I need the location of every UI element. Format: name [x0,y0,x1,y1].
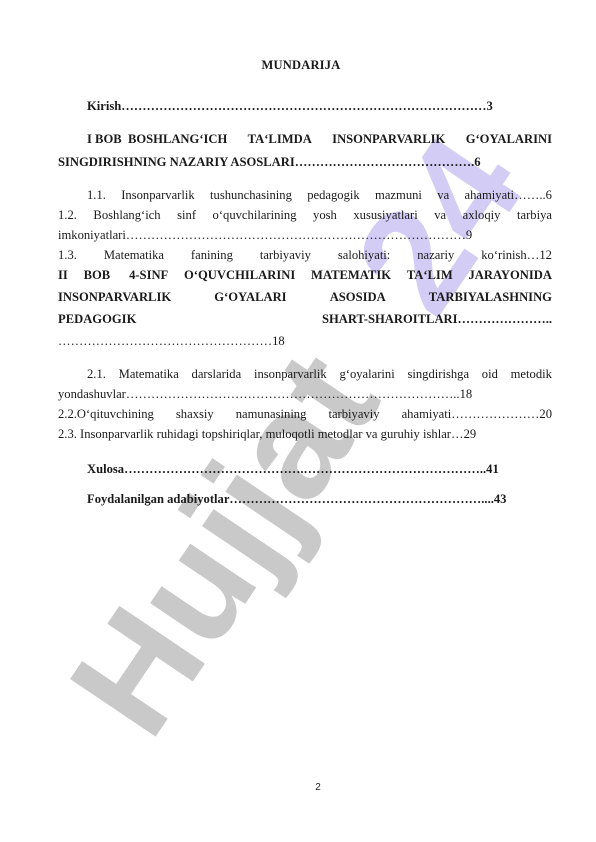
toc-word: tarbiyaviy [260,246,311,264]
toc-word: Matematika [119,365,179,383]
toc-entry-chapter-2-line-1[interactable]: IIBOB 4-SINFO‘QUVCHILARINIMATEMATIKTA‘LI… [58,266,552,284]
toc-entry-chapter-2-line-4[interactable]: ……………………………………………18 [58,332,552,350]
toc-word: darslarida [192,365,242,383]
toc-word: Matematika [104,246,164,264]
toc-word: BOB [84,266,111,284]
toc-word: G‘OYALARINI [466,130,552,148]
page-number: 2 [0,782,596,793]
chapter-2-line-3-left: PEDAGOGIK [58,310,136,328]
toc-word: tushunchasining [210,186,292,204]
toc-word: metodik [511,365,552,383]
toc-word: INSONPARVARLIK [58,288,171,306]
toc-word: O‘QUVCHILARINI [184,266,295,284]
toc-entry-chapter-1-line-2[interactable]: SINGDIRISHNING NAZARIY ASOSLARI………………………… [58,153,552,171]
toc-entry-2-2[interactable]: 2.2.O‘qituvchiningshaxsiynamunasiningtar… [58,405,552,423]
toc-word: mazmuni [375,186,422,204]
toc-word: ahamiyati…………………20 [402,405,552,423]
toc-word: TARBIYALASHNING [429,288,552,306]
toc-word: va [434,206,446,224]
toc-word: I BOB BOSHLANG‘ICH [87,130,227,148]
toc-word: INSONPARVARLIK [332,130,445,148]
chapter-2-line-3-right: SHART-SHAROITLARI………………….. [322,310,552,328]
toc-word: 1.2. [58,206,77,224]
toc-entry-1-2-line-2[interactable]: imkoniyatlari………………………………………………………………………… [58,226,552,244]
toc-entry-kirish[interactable]: Kirish……………………………………………………………………………3 [87,97,552,115]
toc-word: sinf [177,206,196,224]
toc-word: salohiyati: [338,246,390,264]
toc-entry-chapter-1-line-1[interactable]: I BOB BOSHLANG‘ICHTA‘LIMDAINSONPARVARLIK… [87,130,552,148]
toc-word: ahamiyati……..6 [465,186,552,204]
toc-word: Insonparvarlik [121,186,194,204]
toc-word: G‘OYALARI [214,288,286,306]
document-page: Hujjat 24 MUNDARIJA Kirish……………………………………… [0,0,596,842]
toc-entry-1-2-line-1[interactable]: 1.2.Boshlang‘ichsinfo‘quvchilariningyosh… [58,206,552,224]
toc-word: fanining [191,246,233,264]
toc-word: yosh [313,206,337,224]
toc-entry-1-3[interactable]: 1.3.Matematikafaniningtarbiyaviysalohiya… [58,246,552,264]
toc-entry-adabiyotlar[interactable]: Foydalanilgan adabiyotlar………………………………………… [87,490,552,508]
page-title: MUNDARIJA [0,58,596,73]
toc-entry-2-1-line-1[interactable]: 2.1.Matematikadarslaridainsonparvarlikg‘… [87,365,552,383]
toc-word: 1.3. [58,246,77,264]
toc-word: va [437,186,449,204]
toc-word: 1.1. [87,186,106,204]
toc-word: II [58,266,68,284]
toc-word: JARAYONIDA [468,266,552,284]
toc-entry-xulosa[interactable]: Xulosa…………………………………….……………………………………..41 [87,460,552,478]
toc-entry-chapter-2-line-2[interactable]: INSONPARVARLIKG‘OYALARIASOSIDATARBIYALAS… [58,288,552,306]
toc-word: nazariy [417,246,454,264]
toc-word: Boshlang‘ich [93,206,160,224]
toc-word: tarbiyaviy [328,405,379,423]
toc-word: ko‘rinish…12 [481,246,552,264]
toc-word: pedagogik [307,186,359,204]
toc-word: axloqiy [463,206,501,224]
toc-entry-2-3[interactable]: 2.3. Insonparvarlik ruhidagi topshiriqla… [58,425,552,443]
toc-word: TA‘LIM [407,266,453,284]
toc-word: 4-SINF [126,266,168,284]
toc-word: o‘quvchilarining [213,206,297,224]
toc-entry-2-1-line-2[interactable]: yondashuvlar……………………………………………………………………..… [58,385,552,403]
toc-word: xususiyatlari [353,206,417,224]
toc-word: insonparvarlik [254,365,327,383]
toc-word: TA‘LIMDA [248,130,312,148]
toc-word: ASOSIDA [330,288,386,306]
toc-word: tarbiya [517,206,552,224]
toc-word: 2.2.O‘qituvchining [58,405,154,423]
toc-word: shaxsiy [176,405,214,423]
toc-word: oid [482,365,498,383]
toc-entry-chapter-2-line-3[interactable]: PEDAGOGIK SHART-SHAROITLARI………………….. [58,310,552,328]
toc-entry-1-1[interactable]: 1.1.Insonparvarliktushunchasiningpedagog… [87,186,552,204]
toc-word: g‘oyalarini [339,365,394,383]
toc-word: 2.1. [87,365,106,383]
toc-word: MATEMATIK [311,266,391,284]
toc-word: namunasining [236,405,307,423]
toc-word: singdirishga [407,365,469,383]
